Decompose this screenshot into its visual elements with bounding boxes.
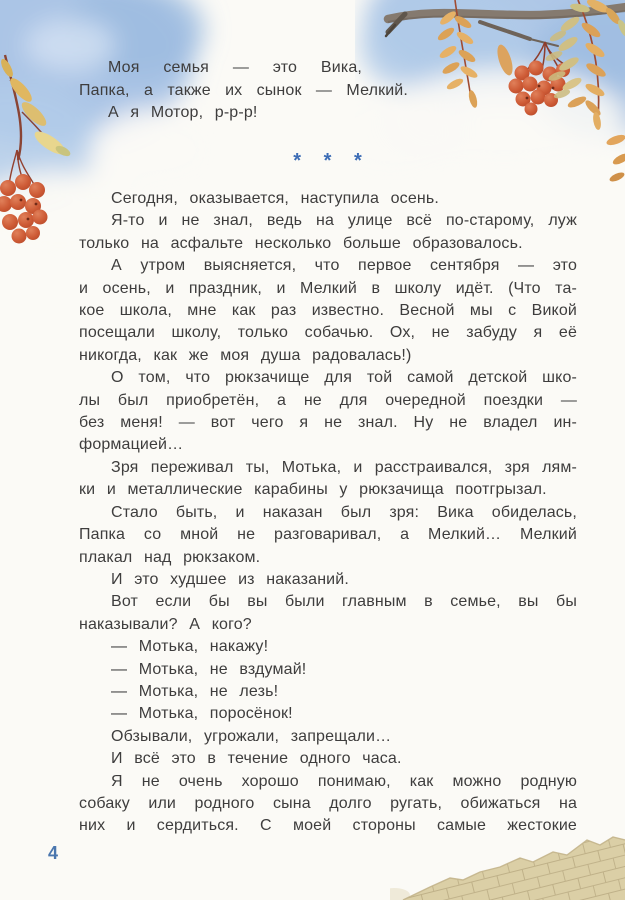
text-line: Я-то и не знал, ведь на улице всё по-ста… <box>79 210 577 232</box>
text-line: лы был приобретён, а не для очередной по… <box>79 390 577 412</box>
text-line: и осень, и праздник, и Мелкий в школу ид… <box>79 278 577 300</box>
text-line: — Мотька, накажу! <box>79 636 577 658</box>
section-separator: * * * <box>79 150 577 173</box>
text-line: Папка, а также их сынок — Мелкий. <box>79 80 408 103</box>
text-line: Сегодня, оказывается, наступила осень. <box>79 188 577 210</box>
text-line: И всё это в течение одного часа. <box>79 748 577 770</box>
text-line: О том, что рюкзачище для той самой детск… <box>79 367 577 389</box>
text-line: посещали школу, только собачью. Ох, не з… <box>79 322 577 344</box>
text-line: Папка со мной не разговаривал, а Мелкий…… <box>79 524 577 546</box>
text-line: Я не очень хорошо понимаю, как можно род… <box>79 771 577 793</box>
text-line: А я Мотор, р-р-р! <box>108 102 419 125</box>
text-line: наказывали? А кого? <box>79 614 577 636</box>
text-line: ки и металлические карабины у рюкзачища … <box>79 479 577 501</box>
text-line: Стало быть, и наказан был зря: Вика обид… <box>79 502 577 524</box>
page-number: 4 <box>48 843 58 864</box>
text-line: — Мотька, поросёнок! <box>79 703 577 725</box>
text-line: Моя семья — это Вика, <box>108 57 362 80</box>
text-line: — Мотька, не вздумай! <box>79 659 577 681</box>
text-line: Обзывали, угрожали, запрещали… <box>79 726 577 748</box>
text-line: плакал над рюкзаком. <box>79 547 577 569</box>
text-line: — Мотька, не лезь! <box>79 681 577 703</box>
text-line: собаку или родного сына долго ругать, об… <box>79 793 577 815</box>
text-line: Зря переживал ты, Мотька, и расстраивалс… <box>79 457 577 479</box>
text-line: без меня! — вот чего я не знал. Ну не вл… <box>79 412 577 434</box>
text-line: них и сердиться. С моей стороны самые же… <box>79 815 577 837</box>
book-page: Моя семья — это Вика,Папка, а также их с… <box>0 0 625 900</box>
text-line: кое школа, мне как раз известно. Весной … <box>79 300 577 322</box>
text-line: никогда, как же моя душа радовалась!) <box>79 345 577 367</box>
text-line: Вот если бы вы были главным в семье, вы … <box>79 591 577 613</box>
intro-paragraph: Моя семья — это Вика,Папка, а также их с… <box>79 57 419 125</box>
text-line: только на асфальте несколько больше обра… <box>79 233 577 255</box>
text-line: А утром выясняется, что первое сентября … <box>79 255 577 277</box>
body-text: Сегодня, оказывается, наступила осень.Я-… <box>79 188 577 838</box>
text-line: формацией… <box>79 434 577 456</box>
text-line: И это худшее из наказаний. <box>79 569 577 591</box>
